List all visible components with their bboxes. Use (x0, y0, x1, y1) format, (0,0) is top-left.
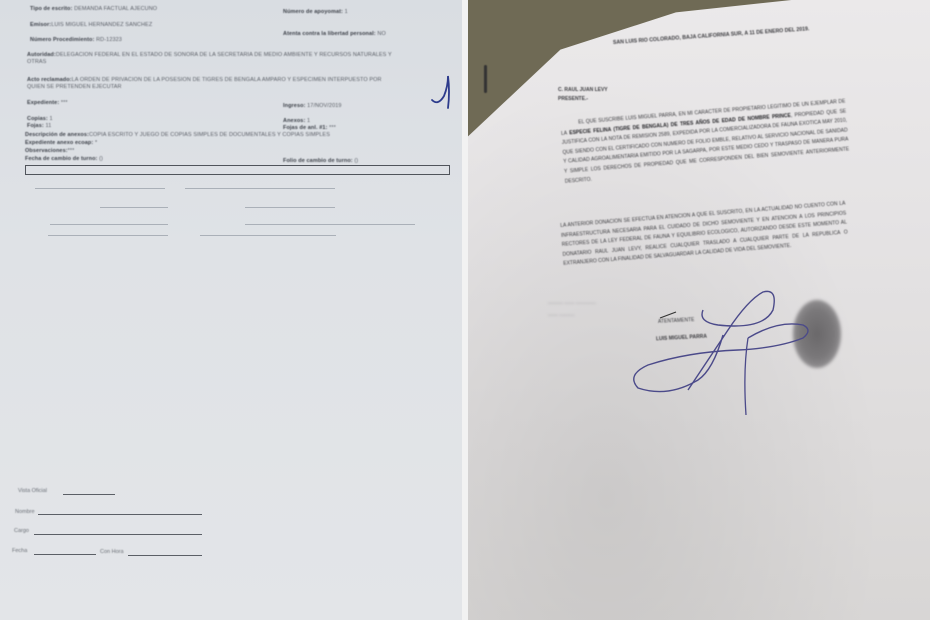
faint-line (100, 207, 168, 208)
field-fecha-cambio-turno: Fecha de cambio de turno: () (25, 156, 103, 162)
field-fojas-anl: Fojas de anl. #1: *** (283, 125, 336, 131)
field-expediente: Expediente: *** (27, 100, 68, 106)
faint-line (245, 207, 335, 208)
faint-line (50, 224, 168, 225)
sig-label-hora: Con Hora (100, 549, 124, 555)
letter-salutation: PRESENTE.- (558, 96, 588, 102)
faint-line (185, 188, 335, 189)
sig-label-vista: Vista Oficial (18, 488, 47, 494)
faint-line (245, 224, 415, 225)
field-copias: Copias: 1 (27, 116, 53, 122)
sig-label-nombre: Nombre (15, 509, 35, 515)
form-box (25, 165, 450, 175)
ghost-text: ▬▬ ▬▬▬ (548, 312, 574, 318)
field-tipo-escrito: Tipo de escrito: DEMANDA FACTUAL AJECUNO (30, 6, 157, 12)
sig-label-fecha: Fecha (12, 548, 27, 554)
field-anexos: Anexos: 1 (283, 118, 310, 124)
field-autoridad: Autoridad:DELEGACION FEDERAL EN EL ESTAD… (27, 52, 407, 66)
faint-line (200, 235, 336, 236)
sig-line-vista[interactable] (63, 494, 115, 495)
sig-line-fecha[interactable] (34, 554, 96, 555)
field-acto-reclamado: Acto reclamado:LA ORDEN DE PRIVACION DE … (27, 77, 397, 91)
field-numero-apoyo: Número de apoyomat: 1 (283, 9, 348, 15)
signature-icon (628, 280, 828, 420)
letter-addressee: C. RAUL JUAN LEVY (558, 87, 608, 93)
sig-line-cargo[interactable] (34, 534, 202, 535)
faint-line (48, 235, 168, 236)
field-ingreso: Ingreso: 17/NOV/2019 (283, 103, 342, 109)
right-document-letter: SAN LUIS RIO COLORADO, BAJA CALIFORNIA S… (468, 0, 930, 620)
field-folio-cambio-turno: Folio de cambio de turno: () (283, 158, 358, 164)
sig-line-hora[interactable] (128, 555, 202, 556)
field-descripcion-anexos: Descripción de anexos:COPIA ESCRITO Y JU… (25, 132, 330, 138)
field-emisor: Emisor:LUIS MIGUEL HERNANDEZ SANCHEZ (30, 22, 152, 28)
sig-line-nombre[interactable] (38, 514, 202, 515)
field-libertad-personal: Atenta contra la libertad personal: NO (283, 31, 386, 37)
field-numero-procedimiento: Número Procedimiento: RD-12323 (30, 37, 122, 43)
field-expediente-anexo: Expediente anexo ecoap: * (25, 140, 97, 146)
field-fojas: Fojas: 11 (27, 123, 51, 129)
handwritten-mark-icon (418, 72, 458, 112)
faint-line (35, 188, 165, 189)
left-document-form: Tipo de escrito: DEMANDA FACTUAL AJECUNO… (0, 0, 462, 620)
ghost-text: ▬▬▬ ▬▬ ▬▬▬▬ (548, 300, 596, 306)
sig-label-cargo: Cargo (14, 528, 29, 534)
field-observaciones: Observaciones:*** (25, 148, 74, 154)
staple-mark (484, 65, 487, 93)
